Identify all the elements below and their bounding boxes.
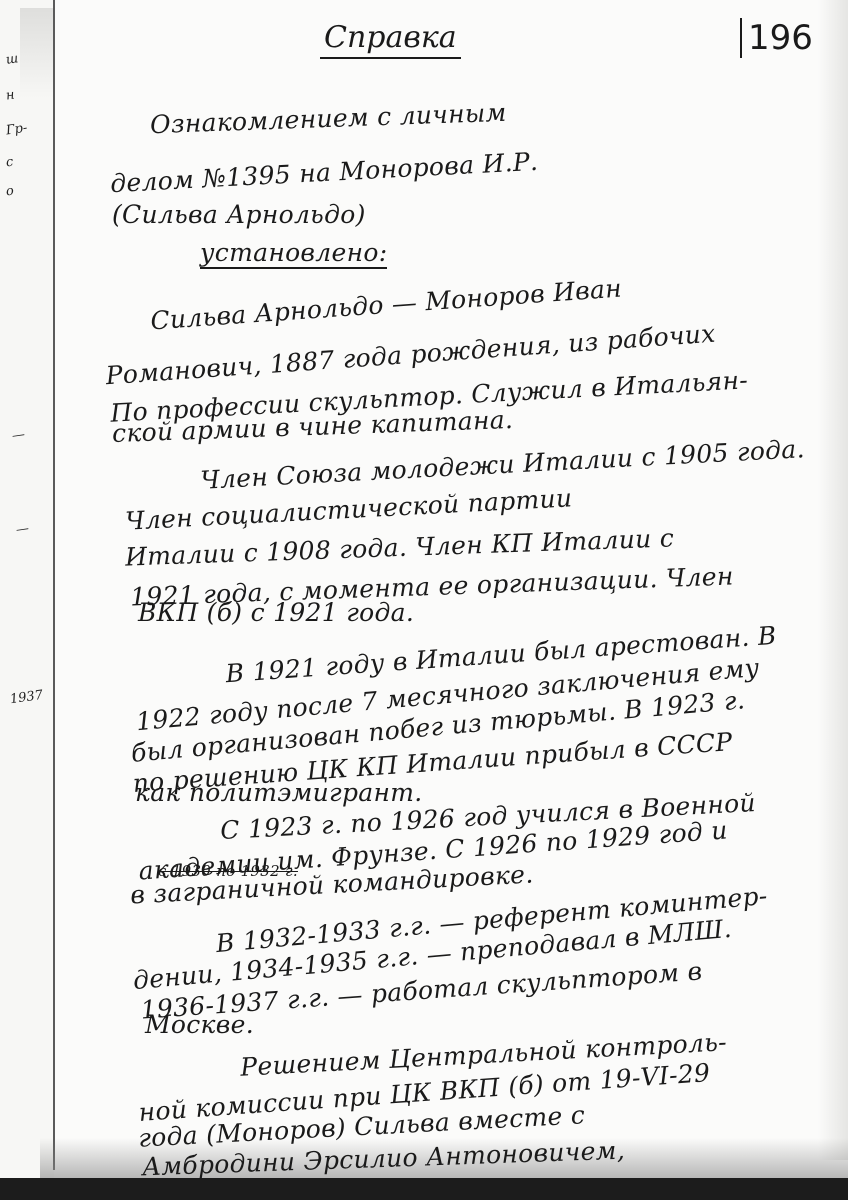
document-page: ш н Гр- с о — — 1937 Справка 196 Ознаком… bbox=[0, 0, 848, 1200]
text-line: Член Союза молодежи Италии с 1905 года. bbox=[200, 434, 806, 495]
text-line: Член социалистической партии bbox=[125, 483, 573, 535]
text-line: установлено: bbox=[200, 238, 387, 269]
text-line: делом №1395 на Монорова И.Р. bbox=[110, 147, 539, 198]
binding-line bbox=[53, 0, 55, 1170]
binding-shadow bbox=[20, 8, 54, 98]
text-line: как политэмигрант. bbox=[135, 778, 422, 807]
text-line: Ознакомлением с личным bbox=[150, 98, 507, 139]
margin-note: ш bbox=[5, 51, 19, 68]
text-line: (Сильва Арнольдо) bbox=[112, 200, 366, 229]
page-edge-shadow bbox=[818, 0, 848, 1160]
text-line: Сильва Арнольдо — Моноров Иван bbox=[150, 274, 623, 336]
document-title: Справка bbox=[320, 20, 461, 59]
page-number: 196 bbox=[740, 18, 813, 58]
margin-note: Гр- bbox=[5, 121, 28, 139]
margin-note: — bbox=[11, 427, 26, 444]
text-line: Москве. bbox=[145, 1010, 254, 1039]
left-margin-strip bbox=[0, 0, 54, 1200]
bottom-edge bbox=[0, 1178, 848, 1200]
margin-note: — bbox=[15, 521, 30, 538]
margin-note: о bbox=[5, 184, 15, 200]
text-line: ВКП (б) с 1921 года. bbox=[138, 598, 414, 627]
